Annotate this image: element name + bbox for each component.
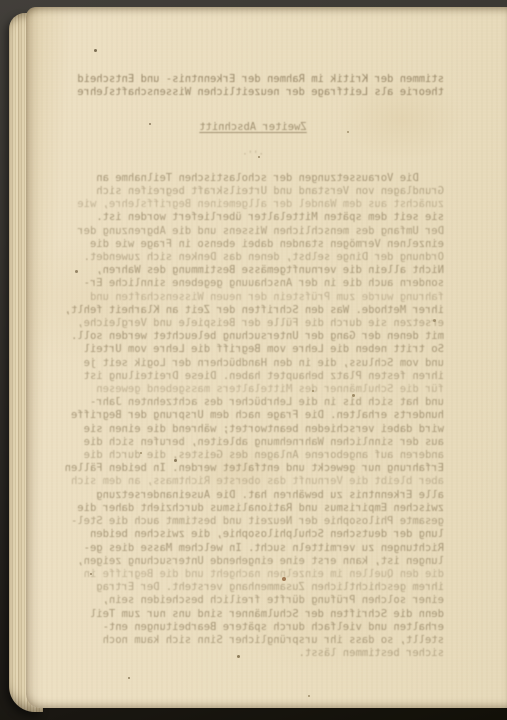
bleed-through-line: zunächst aus dem Wandel der allgemeinen … (62, 198, 444, 211)
bleed-through-line: die den Quellen im einzelnen nachgeht un… (62, 568, 444, 581)
bleed-through-line: und hat sich bis in die Lehrbücher des a… (62, 396, 444, 409)
bleed-through-heading: Zweiter Abschnitt (62, 121, 444, 134)
bleed-through-line: Richtungen zu vermitteln sucht. In welch… (62, 542, 444, 555)
book-page: stimmen der Kritik im Rahmen der Erkennt… (26, 7, 507, 708)
bleed-through-line: ihren festen Platz behauptet haben. Dies… (62, 370, 444, 383)
bleed-through-line: aber bleibt die Vernunft das oberste Ric… (62, 475, 444, 488)
bleed-through-line: Die Voraussetzungen der scholastischen T… (62, 172, 444, 185)
bleed-through-line: ihrer Methode. Was den Schriften der Zei… (62, 304, 444, 317)
bleed-through-line: aus der sinnlichen Wahrnehmung ableiten,… (62, 436, 444, 449)
bleed-through-line: sicher bestimmen lässt. (62, 647, 444, 660)
bleed-through-line: So tritt neben die Lehre vom Begriff die… (62, 343, 444, 356)
bleed-through-line: ersetzen sie durch die Fülle der Beispie… (62, 317, 444, 330)
bleed-through-line: stellt, so dass ihr ursprünglicher Sinn … (62, 634, 444, 647)
bleed-through-line: alle Erkenntnis zu bewähren hat. Die Aus… (62, 489, 444, 502)
bleed-through-line: für die Schulmänner des Mittelalters mas… (62, 383, 444, 396)
bleed-through-line: Der Umfang des menschlichen Wissens und … (62, 225, 444, 238)
bleed-through-line: anderen auf angeborene Anlagen des Geist… (62, 449, 444, 462)
scanned-book-photo: stimmen der Kritik im Rahmen der Erkennt… (0, 0, 507, 720)
bleed-through-line: zwischen Empirismus und Rationalismus du… (62, 502, 444, 515)
bleed-through-line: wird dabei verschieden beantwortet; währ… (62, 423, 444, 436)
bleed-through-line: mit denen der Gang der Untersuchung bele… (62, 330, 444, 343)
bleed-through-line: hunderts erhalten. Die Frage nach dem Ur… (62, 409, 444, 422)
bleed-through-line: gesamte Philosophie der Neuzeit und best… (62, 515, 444, 528)
bleed-through-line: lung der deutschen Schulphilosophie, die… (62, 528, 444, 541)
bleed-through-line: einer solchen Prüfung dürfte freilich be… (62, 594, 444, 607)
bleed-through-header: stimmen der Kritik im Rahmen der Erkennt… (62, 73, 444, 99)
bleed-through-mark: ·''· (62, 149, 444, 162)
bleed-through-line: einzelnen Vermögen standen dabei ebenso … (62, 238, 444, 251)
bleed-through-line: sie seit dem späten Mittelalter überlief… (62, 211, 444, 224)
bleed-through-text: stimmen der Kritik im Rahmen der Erkennt… (62, 73, 444, 660)
bleed-through-line: Ordnung der Dinge selbst, denen das Denk… (62, 251, 444, 264)
bleed-through-line: lungen ist, kann erst eine eingehende Un… (62, 555, 444, 568)
bleed-through-header-line: theorie als Leitfrage der neuzeitlichen … (62, 86, 444, 99)
bleed-through-line: denn die Schriften der Schulmänner sind … (62, 608, 444, 621)
bleed-through-line: sondern auch die in der Anschauung gegeb… (62, 277, 444, 290)
bleed-through-line: Nicht allein die vernunftgemässe Bestimm… (62, 264, 444, 277)
bleed-through-line: fahrung wurde zum Prüfstein der neuen Wi… (62, 291, 444, 304)
bleed-through-line: erhalten und vielfach durch spätere Bear… (62, 621, 444, 634)
bleed-through-header-line: stimmen der Kritik im Rahmen der Erkennt… (62, 73, 444, 86)
bleed-through-line: Grundlagen von Verstand und Urteilskraft… (62, 185, 444, 198)
bleed-through-paragraph: Die Voraussetzungen der scholastischen T… (62, 172, 444, 661)
bleed-through-line: Erfahrung nur geweckt und entfaltet werd… (62, 462, 444, 475)
bleed-through-line: und vom Schluss, die in den Handbüchern … (62, 357, 444, 370)
bleed-through-line: ihrem geschichtlichen Zusammenhang verst… (62, 581, 444, 594)
